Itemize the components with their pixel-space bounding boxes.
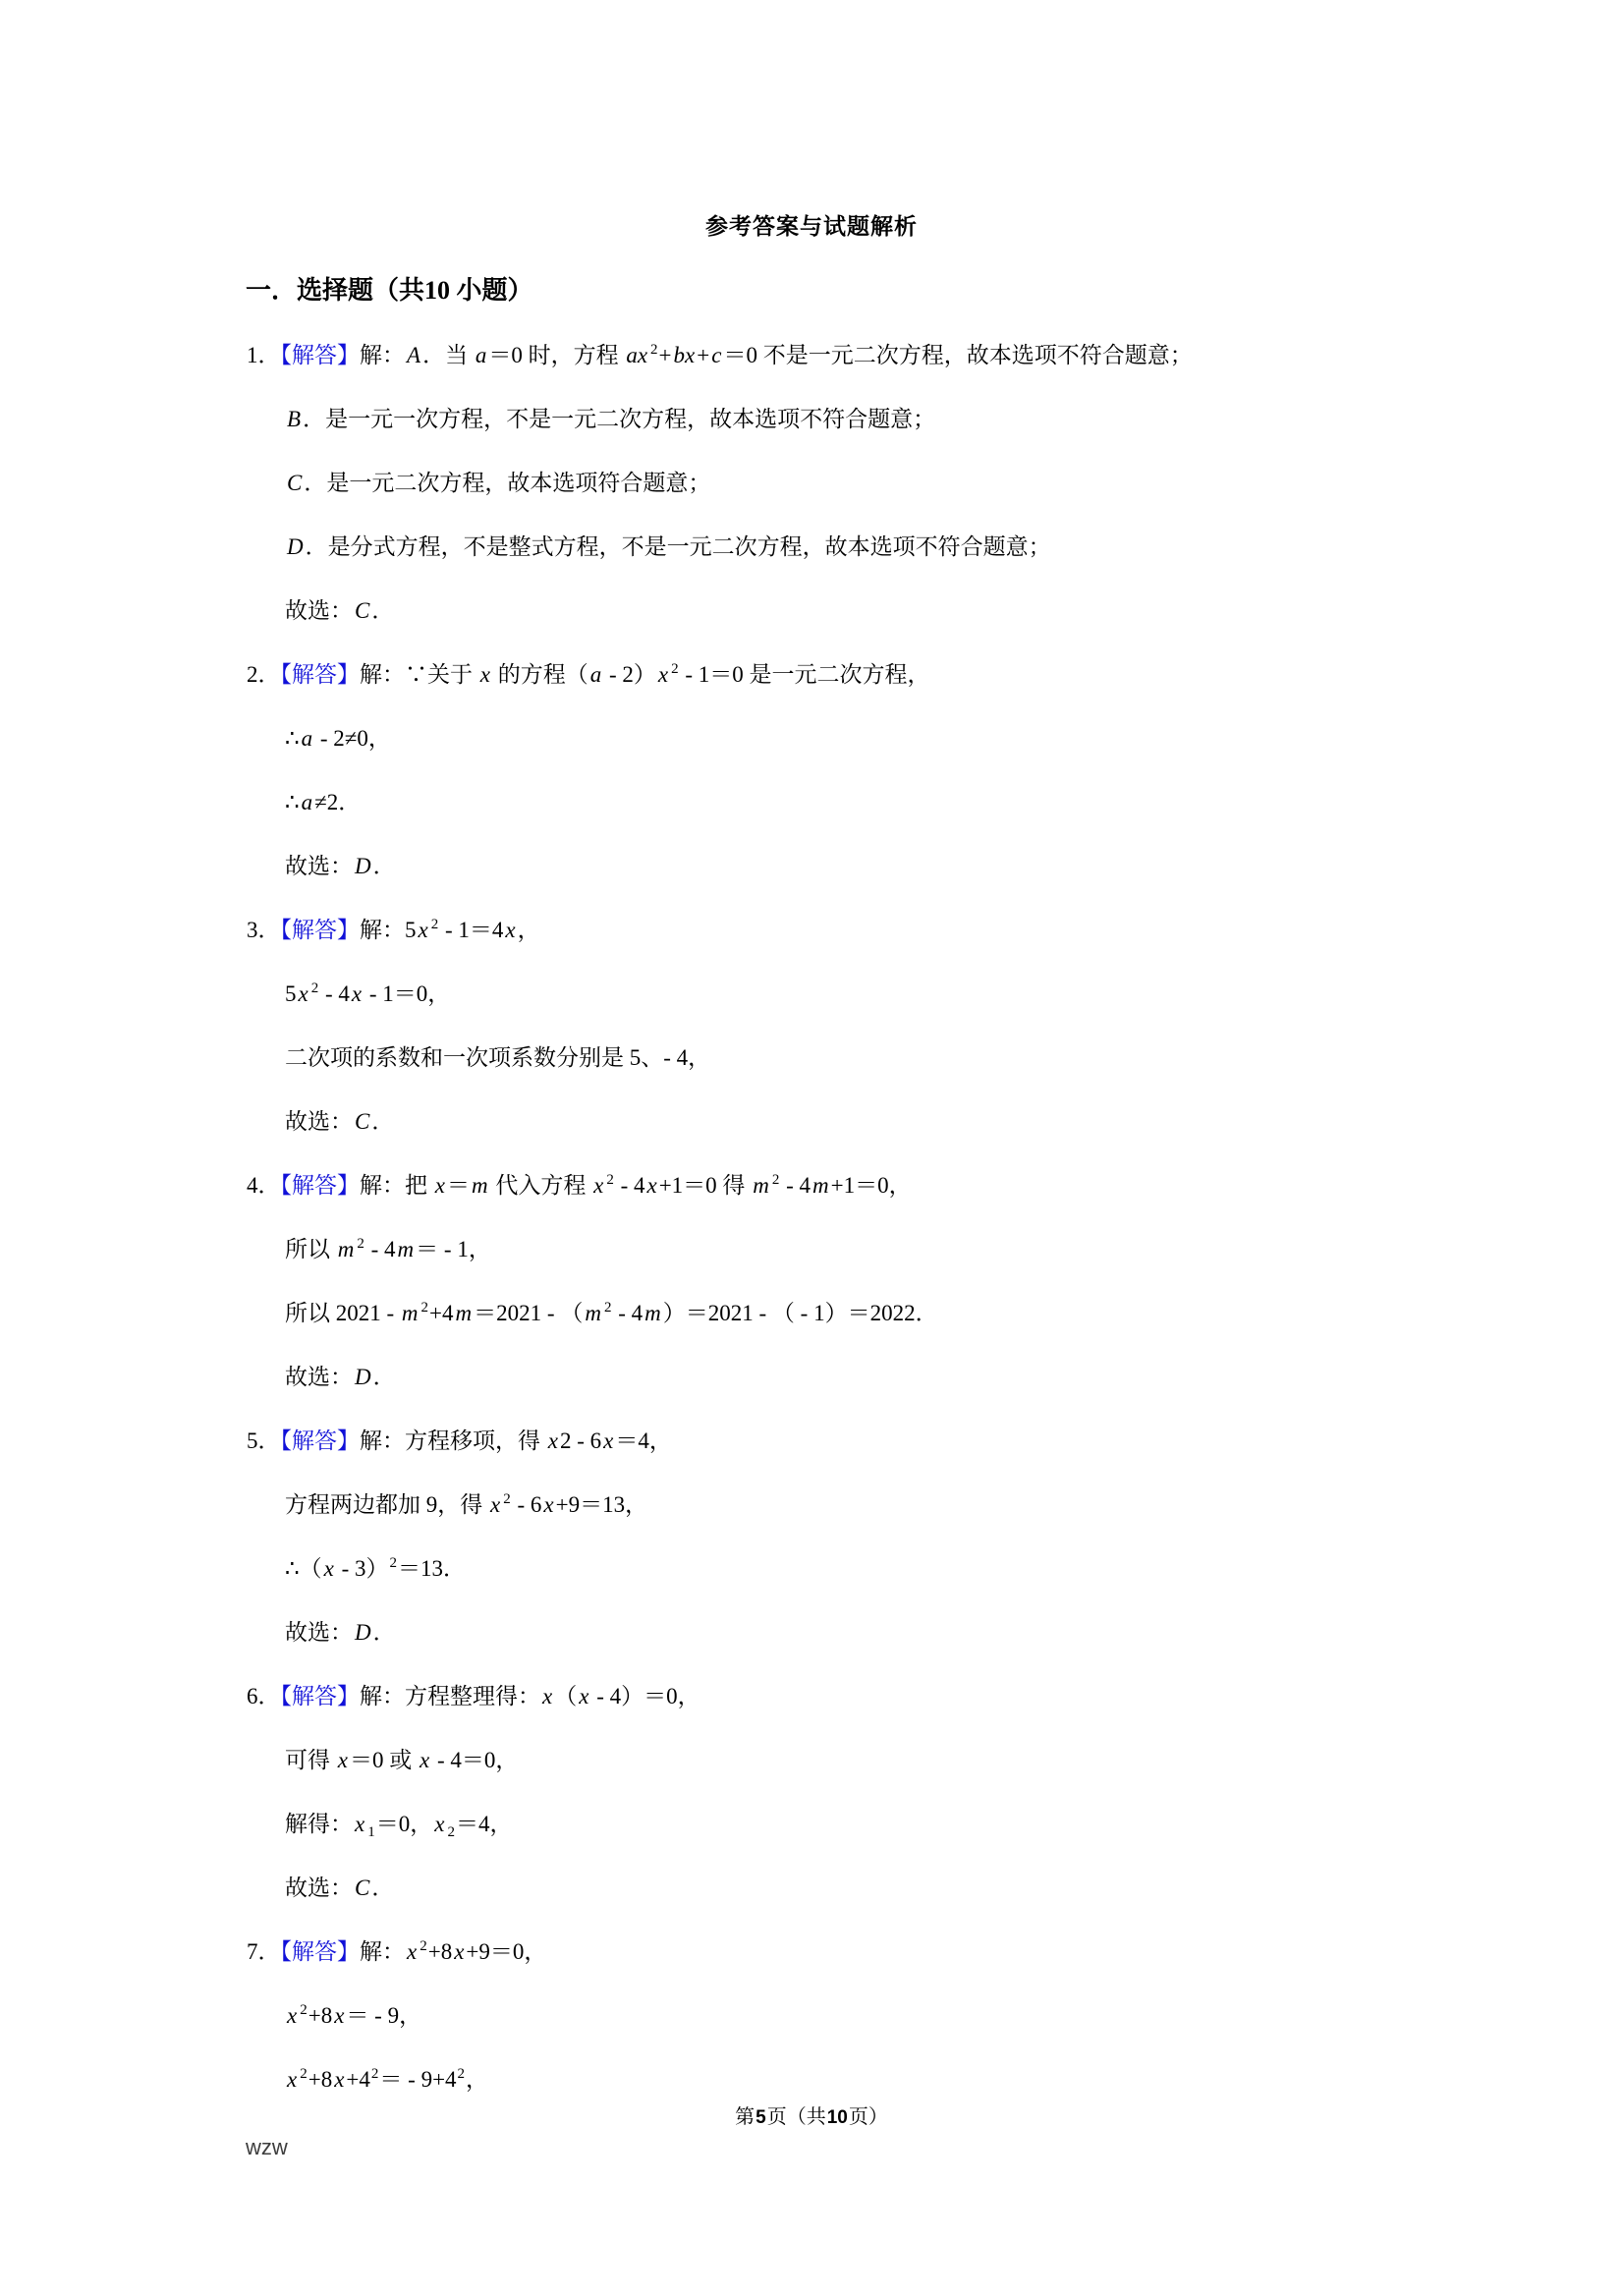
answer-line-q2: ∴a - 2≠0，: [285, 723, 391, 755]
text-segment: 解：: [360, 1939, 405, 1964]
answer-line-q4: 所以 2021 - m2+4m＝2021 - （m2 - 4m）＝2021 - …: [285, 1298, 938, 1329]
text-segment: +1＝0，: [831, 1173, 912, 1198]
text-segment: 2: [299, 2002, 308, 2018]
text-segment: ＝0 时，方程: [488, 343, 624, 367]
text-segment: - 4: [780, 1173, 811, 1198]
text-segment: 所以: [285, 1237, 336, 1261]
text-segment: 故选：: [285, 1620, 353, 1645]
text-segment: +1＝0 得: [659, 1173, 751, 1198]
page-title: 参考答案与试题解析: [0, 212, 1623, 242]
text-segment: - 4＝0，: [431, 1748, 518, 1772]
text-segment: 解：∵关于: [360, 662, 478, 687]
answer-line-q2: 2．【解答】解：∵关于 x 的方程（a - 2）x2 - 1＝0 是一元二次方程…: [247, 659, 930, 691]
text-segment: 2: [457, 2066, 467, 2082]
answer-tag: 【解答】: [281, 1684, 361, 1708]
answer-tag: 【解答】: [281, 662, 361, 687]
text-segment: +4: [429, 1301, 453, 1325]
text-segment: B: [285, 407, 303, 431]
text-segment: - 1＝0 是一元二次方程，: [680, 662, 930, 687]
answer-line-q5: 5．【解答】解：方程移项，得 x2 - 6x＝4，: [247, 1426, 672, 1457]
text-segment: ＝ - 9，: [346, 2003, 421, 2028]
footer-page-number: 5: [755, 2107, 767, 2128]
answer-tag: 【解答】: [281, 918, 361, 942]
text-segment: m: [396, 1237, 417, 1261]
text-segment: D: [353, 1365, 373, 1389]
answer-line-q4: 4．【解答】解：把 x＝m 代入方程 x2 - 4x+1＝0 得 m2 - 4m…: [247, 1170, 912, 1202]
text-segment: m: [400, 1301, 420, 1325]
text-segment: D: [285, 534, 306, 559]
footer-text: 第: [735, 2106, 755, 2128]
text-segment: ＝13．: [398, 1556, 466, 1581]
text-segment: 方程两边都加 9，得: [285, 1492, 488, 1517]
text-segment: ＝0，: [376, 1812, 433, 1836]
answer-line-q6: 故选：C．: [285, 1873, 394, 1904]
text-segment: x: [285, 2003, 299, 2028]
text-segment: ＝0 或: [350, 1748, 418, 1772]
text-segment: ∴（: [285, 1556, 322, 1581]
text-segment: 故选：: [285, 598, 353, 623]
text-segment: x: [285, 2067, 299, 2092]
text-segment: 故选：: [285, 854, 353, 878]
text-segment: 6．: [247, 1684, 281, 1708]
text-segment: x: [336, 1748, 350, 1772]
text-segment: 故选：: [285, 1109, 353, 1134]
text-segment: 2: [299, 2066, 308, 2082]
answer-line-q4: 所以 m2 - 4m＝ - 1，: [285, 1234, 491, 1265]
text-segment: +8: [308, 2003, 332, 2028]
footer-page-number: 10: [826, 2107, 849, 2128]
text-segment: 2．: [247, 662, 281, 687]
text-segment: C: [285, 471, 304, 495]
text-segment: 2: [420, 1300, 430, 1316]
text-segment: ∴: [285, 790, 300, 814]
answer-line-q1: D．是分式方程，不是整式方程，不是一元二次方程，故本选项不符合题意；: [285, 532, 1051, 563]
text-segment: ．是一元一次方程，不是一元二次方程，故本选项不符合题意；: [303, 407, 935, 431]
answer-line-q3: 3．【解答】解：5x2 - 1＝4x，: [247, 915, 540, 946]
text-segment: x: [452, 1939, 466, 1964]
text-segment: C: [353, 598, 371, 623]
text-segment: 3．: [247, 918, 281, 942]
text-segment: 2: [310, 980, 320, 996]
text-segment: x: [417, 918, 430, 942]
document-page: 参考答案与试题解析 一．选择题（共10 小题） 1．【解答】解：A．当 a＝0 …: [0, 0, 1623, 2296]
answer-line-q1: 1．【解答】解：A．当 a＝0 时，方程 ax2+bx+c＝0 不是一元二次方程…: [247, 340, 1193, 371]
text-segment: +9＝0，: [466, 1939, 546, 1964]
text-segment: C: [353, 1876, 371, 1900]
text-segment: - 4: [365, 1237, 396, 1261]
text-segment: 2: [446, 1824, 456, 1840]
text-segment: m: [811, 1173, 831, 1198]
answer-line-q3: 故选：C．: [285, 1106, 394, 1138]
text-segment: - 3）: [336, 1556, 389, 1581]
answer-line-q5: 故选：D．: [285, 1617, 396, 1649]
answer-tag: 【解答】: [281, 1939, 361, 1964]
text-segment: x: [418, 1748, 431, 1772]
text-segment: m: [454, 1301, 475, 1325]
text-segment: - 1＝4: [439, 918, 503, 942]
text-segment: m: [470, 1173, 490, 1198]
answer-line-q1: C．是一元二次方程，故本选项符合题意；: [285, 468, 710, 499]
text-segment: ＝: [447, 1173, 470, 1198]
answer-line-q1: 故选：C．: [285, 595, 394, 627]
text-segment: 故选：: [285, 1365, 353, 1389]
text-segment: 所以 2021 -: [285, 1301, 400, 1325]
text-segment: x: [432, 1812, 446, 1836]
footer-text: 页（共: [767, 2106, 826, 2128]
text-segment: 2: [670, 661, 680, 677]
text-segment: 解：方程整理得：: [360, 1684, 540, 1708]
text-segment: 2: [603, 1300, 613, 1316]
text-segment: D: [353, 854, 373, 878]
text-segment: 2: [502, 1491, 512, 1507]
text-segment: m: [643, 1301, 663, 1325]
text-segment: x: [405, 1939, 419, 1964]
text-segment: 解：: [360, 343, 405, 367]
text-segment: （: [554, 1684, 577, 1708]
text-segment: x: [541, 1492, 555, 1517]
text-segment: x: [577, 1684, 590, 1708]
answer-tag: 【解答】: [281, 1173, 361, 1198]
text-segment: - 1＝0，: [364, 981, 450, 1006]
watermark-text: wzw: [246, 2134, 288, 2161]
section-heading: 一．选择题（共10 小题）: [246, 275, 533, 307]
text-segment: 2: [771, 1172, 781, 1188]
text-segment: 1: [366, 1824, 376, 1840]
text-segment: x: [503, 918, 517, 942]
text-segment: 2: [649, 342, 659, 358]
answer-line-q2: 故选：D．: [285, 851, 396, 882]
answer-line-q7: x2+8x＝ - 9，: [285, 2000, 421, 2032]
footer-text: 页）: [849, 2106, 888, 2128]
answer-line-q2: ∴a≠2．: [285, 787, 361, 818]
text-segment: 2: [430, 917, 440, 932]
answer-line-q3: 5x2 - 4x - 1＝0，: [285, 979, 450, 1010]
text-segment: c: [709, 343, 723, 367]
text-segment: 可得: [285, 1748, 336, 1772]
text-segment: - 2≠0，: [314, 726, 391, 751]
text-segment: x: [322, 1556, 336, 1581]
text-segment: m: [583, 1301, 603, 1325]
text-segment: +8: [308, 2067, 332, 2092]
answer-line-q1: B．是一元一次方程，不是一元二次方程，故本选项不符合题意；: [285, 404, 935, 435]
text-segment: 二次项的系数和一次项系数分别是 5、- 4，: [285, 1045, 710, 1070]
text-segment: ．是分式方程，不是整式方程，不是一元二次方程，故本选项不符合题意；: [306, 534, 1051, 559]
text-segment: 2: [356, 1236, 365, 1252]
text-segment: 的方程（: [492, 662, 588, 687]
text-segment: +: [659, 343, 672, 367]
text-segment: A: [405, 343, 422, 367]
text-segment: C: [353, 1109, 371, 1134]
text-segment: x: [540, 1684, 554, 1708]
text-segment: ＝ - 9+4: [379, 2067, 456, 2092]
text-segment: - 4: [612, 1301, 643, 1325]
answer-line-q6: 6．【解答】解：方程整理得：x（x - 4）＝0，: [247, 1681, 700, 1712]
text-segment: ．: [373, 1620, 396, 1645]
text-segment: x: [332, 2067, 346, 2092]
text-segment: - 4: [615, 1173, 645, 1198]
answer-tag: 【解答】: [281, 343, 361, 367]
text-segment: 2: [389, 1555, 399, 1571]
text-segment: ∴: [285, 726, 300, 751]
text-segment: 1．: [247, 343, 281, 367]
text-segment: a: [474, 343, 489, 367]
text-segment: ）＝2021 - （ - 1）＝2022．: [663, 1301, 938, 1325]
text-segment: 解：把: [360, 1173, 433, 1198]
answer-line-q5: ∴（x - 3）2＝13．: [285, 1553, 466, 1585]
text-segment: ≠2．: [314, 790, 361, 814]
answer-line-q4: 故选：D．: [285, 1362, 396, 1393]
text-segment: ＝2021 - （: [474, 1301, 583, 1325]
text-segment: ＝0 不是一元二次方程，故本选项不符合题意；: [723, 343, 1192, 367]
text-segment: 2: [370, 2066, 380, 2082]
text-segment: ．: [373, 854, 396, 878]
text-segment: ＝4，: [456, 1812, 513, 1836]
text-segment: +: [697, 343, 709, 367]
text-segment: x: [297, 981, 310, 1006]
text-segment: - 2）: [603, 662, 656, 687]
text-segment: m: [751, 1173, 771, 1198]
text-segment: x: [478, 662, 492, 687]
answer-line-q7: x2+8x+42＝ - 9+42，: [285, 2064, 488, 2096]
text-segment: +8: [428, 1939, 452, 1964]
text-segment: 5．: [247, 1428, 281, 1453]
text-segment: 2: [605, 1172, 615, 1188]
text-segment: - 4）＝0，: [590, 1684, 700, 1708]
text-segment: - 4: [319, 981, 350, 1006]
text-segment: 2 - 6: [560, 1428, 601, 1453]
answer-line-q6: 可得 x＝0 或 x - 4＝0，: [285, 1745, 518, 1776]
text-segment: 故选：: [285, 1876, 353, 1900]
text-segment: x: [332, 2003, 346, 2028]
text-segment: x: [656, 662, 670, 687]
answer-line-q5: 方程两边都加 9，得 x2 - 6x+9＝13，: [285, 1489, 647, 1521]
text-segment: a: [300, 726, 315, 751]
text-segment: ．是一元二次方程，故本选项符合题意；: [304, 471, 710, 495]
text-segment: bx: [672, 343, 698, 367]
text-segment: D: [353, 1620, 373, 1645]
answer-tag: 【解答】: [281, 1428, 361, 1453]
text-segment: 代入方程: [490, 1173, 592, 1198]
text-segment: ．: [371, 1876, 394, 1900]
text-segment: a: [588, 662, 604, 687]
text-segment: 解：5: [360, 918, 417, 942]
text-segment: x: [488, 1492, 502, 1517]
text-segment: ，: [466, 2067, 488, 2092]
text-segment: ＝ - 1，: [416, 1237, 491, 1261]
text-segment: 解：方程移项，得: [360, 1428, 546, 1453]
text-segment: ．: [371, 1109, 394, 1134]
text-segment: 7．: [247, 1939, 281, 1964]
text-segment: a: [300, 790, 315, 814]
answer-line-q6: 解得：x1＝0，x2＝4，: [285, 1809, 512, 1840]
text-segment: ．当: [422, 343, 474, 367]
text-segment: x: [546, 1428, 560, 1453]
text-segment: ax: [624, 343, 649, 367]
text-segment: ，: [518, 918, 540, 942]
text-segment: +4: [346, 2067, 369, 2092]
text-segment: - 6: [512, 1492, 542, 1517]
text-segment: x: [433, 1173, 447, 1198]
text-segment: x: [601, 1428, 615, 1453]
text-segment: x: [350, 981, 364, 1006]
text-segment: 解得：: [285, 1812, 353, 1836]
text-segment: x: [591, 1173, 605, 1198]
answer-line-q7: 7．【解答】解：x2+8x+9＝0，: [247, 1936, 546, 1968]
text-segment: ＝4，: [615, 1428, 672, 1453]
text-segment: 4．: [247, 1173, 281, 1198]
answer-line-q3: 二次项的系数和一次项系数分别是 5、- 4，: [285, 1042, 710, 1074]
text-segment: ．: [373, 1365, 396, 1389]
text-segment: x: [353, 1812, 366, 1836]
page-footer: 第5页（共10页）: [0, 2104, 1623, 2131]
text-segment: ．: [371, 598, 394, 623]
text-segment: +9＝13，: [556, 1492, 647, 1517]
text-segment: 5: [285, 981, 297, 1006]
text-segment: x: [644, 1173, 658, 1198]
text-segment: m: [336, 1237, 357, 1261]
text-segment: 2: [419, 1938, 428, 1954]
